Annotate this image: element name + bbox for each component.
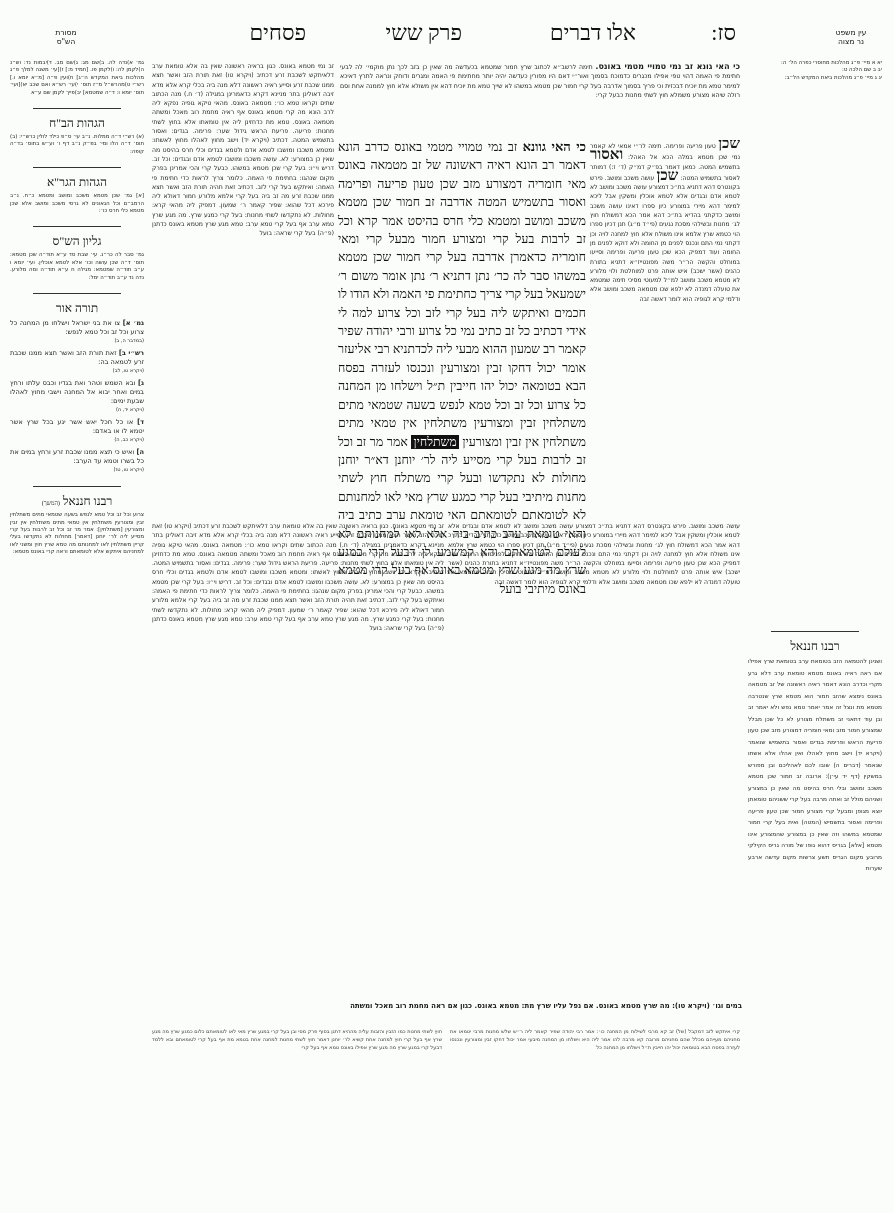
rashi-continued: זב נמי מטמא באונס. כגון בראיה ראשונה שאי… xyxy=(152,522,444,634)
tosafot-dh: שכן xyxy=(657,168,679,184)
rabbeinu-chananel-left-text: צרוע וכל זב וכל טמא לנפש בשעה שטמאי מתים… xyxy=(10,512,144,556)
section-heading: רבנו חננאל xyxy=(748,639,882,654)
ornament-divider-icon xyxy=(10,288,144,297)
tosafot-dh: ואסור xyxy=(590,147,623,163)
rashi-column: זב נמי מטמא באונס. כגון בראיה ראשונה שאי… xyxy=(152,62,334,514)
bottom-notes-left: חוץ לשתי מחנות כמו הזבין והזבות עליה מהה… xyxy=(152,1028,442,1052)
torah-or-entry: ד] או כל חכל יאש אשר יגע בכל שרץ אשר יטמ… xyxy=(10,418,144,445)
hagahot-habach-heading: הגהות הב"ח xyxy=(10,116,144,131)
tosafot-column: שכן טעון פריעה ופרימה. תימה לר״י אמאי לא… xyxy=(590,140,740,512)
hagahot-hagra-text: [א] גמ׳ שכן מטמא משכב ומושב ומטמא כ״ח. נ… xyxy=(10,193,144,215)
tosafot-dh: שכן xyxy=(718,140,740,152)
ornament-divider-icon xyxy=(748,626,882,635)
rabbeinu-chananel-right: רבנו חננאל ושנינן להטמאה הזב בטומאת ערב … xyxy=(748,620,882,876)
rashi-lower: זב נמי מטמא באונס. כגון בראיה ראשונה שאי… xyxy=(152,522,444,1002)
gemara-body: זב נמי טמויי מטמי באונס כדרב הונא דאמר ר… xyxy=(338,140,586,449)
rabbeinu-chananel-left-heading: רבנו חננאל (המשך) xyxy=(10,494,144,509)
torah-or-entry: גמ׳ א] צו את בני ישראל וישלחו מן המחנה כ… xyxy=(10,319,144,346)
hagahot-habach-text: (א) רש״י ד״ה ממלות. נ״ב עי׳ ס״פ כילד לול… xyxy=(10,134,144,156)
ornament-divider-icon xyxy=(10,103,144,112)
rashi-bottom-line: במים וגו׳ (ויקרא טו): מה שרץ מטמא באונס.… xyxy=(152,1002,742,1011)
tosafot-continued: עושה משכב ומושב. פירש בקונטרס דהא דתניא … xyxy=(448,522,740,587)
bottom-notes-right: קרי איתקש לזב דמקבל (של) זב קא מרבי לשיל… xyxy=(450,1028,740,1052)
ornament-divider-icon xyxy=(10,162,144,171)
torah-or-entries: גמ׳ א] צו את בני ישראל וישלחו מן המחנה כ… xyxy=(10,319,144,475)
ein-mishpat-entry: יא א מיי׳ פ״ג מהלכות מחוסרי כפרה הל׳ ה: xyxy=(748,60,882,67)
masoret-hashas-text: גמ׳ א)נדה לה. ב)שם מג: ג)שם מב. ד)יבמות … xyxy=(10,60,144,97)
ornament-divider-icon xyxy=(10,481,144,490)
tosafot-text: עושה משכב ומושב. פירש בקונטרס דהא דתניא … xyxy=(590,175,740,303)
tosafot-top: כי האי גונא זב נמי טמויי מטמי באונס. תימ… xyxy=(340,62,740,100)
chapter-name: אלו דברים xyxy=(550,20,636,46)
torah-or-entry: רש״י ב] זאת תורת הזב ואשר תצא ממנו שכבת … xyxy=(10,349,144,376)
rashi-text: זב נמי מטמא באונס. כגון בראיה ראשונה שאי… xyxy=(152,62,334,239)
chapter-number: פרק ששי xyxy=(385,20,462,46)
ein-mishpat-label: עין משפט נר מצוה xyxy=(826,28,876,46)
torah-or-entry: ה] ואיש כי תצא ממנו שכבת זרע ורחץ במים א… xyxy=(10,448,144,475)
tosafot-dibur-hamatchil: כי האי גונא זב נמי טמויי מטמי באונס. xyxy=(595,62,740,71)
tractate-name: פסחים xyxy=(249,20,306,46)
left-margin: גמ׳ א)נדה לה. ב)שם מג: ג)שם מב. ד)יבמות … xyxy=(10,60,144,557)
tosafot-lower: עושה משכב ומושב. פירש בקונטרס דהא דתניא … xyxy=(448,522,740,1002)
torah-or-heading: תורה אור xyxy=(10,301,144,316)
ornament-divider-icon xyxy=(10,221,144,230)
ein-mishpat-entry: יג ג מיי׳ פ״ג מהלכות ביאת המקדש הל״ב: xyxy=(748,75,882,82)
gilyon-hashas-text: גמ׳ סבר לה כר״נ. עי׳ שבת סד ע״א תוד״ה שכ… xyxy=(10,252,144,282)
ein-mishpat-section: יא א מיי׳ פ״ג מהלכות מחוסרי כפרה הל׳ ה: … xyxy=(748,60,882,82)
section-text: ושנינן להטמאה הזב בטומאת ערב בטומאת שרץ … xyxy=(748,657,882,876)
gilyon-hashas-heading: גליון הש"ס xyxy=(10,234,144,249)
daf-number: סז: xyxy=(711,20,736,46)
highlighted-word[interactable]: משתלחין xyxy=(411,435,458,449)
hagahot-hagra-heading: הגהות הגר"א xyxy=(10,175,144,190)
torah-or-entry: ג] ובא השמש וטהר ואת בגדיו וכבס עלתו ורח… xyxy=(10,379,144,415)
masoret-hashas-label: מסורת הש"ס xyxy=(46,28,86,46)
gemara-opening-words: כי האי גוונא xyxy=(523,139,586,154)
ein-mishpat-entry: יב ב שם הלכה ט: xyxy=(748,67,882,74)
